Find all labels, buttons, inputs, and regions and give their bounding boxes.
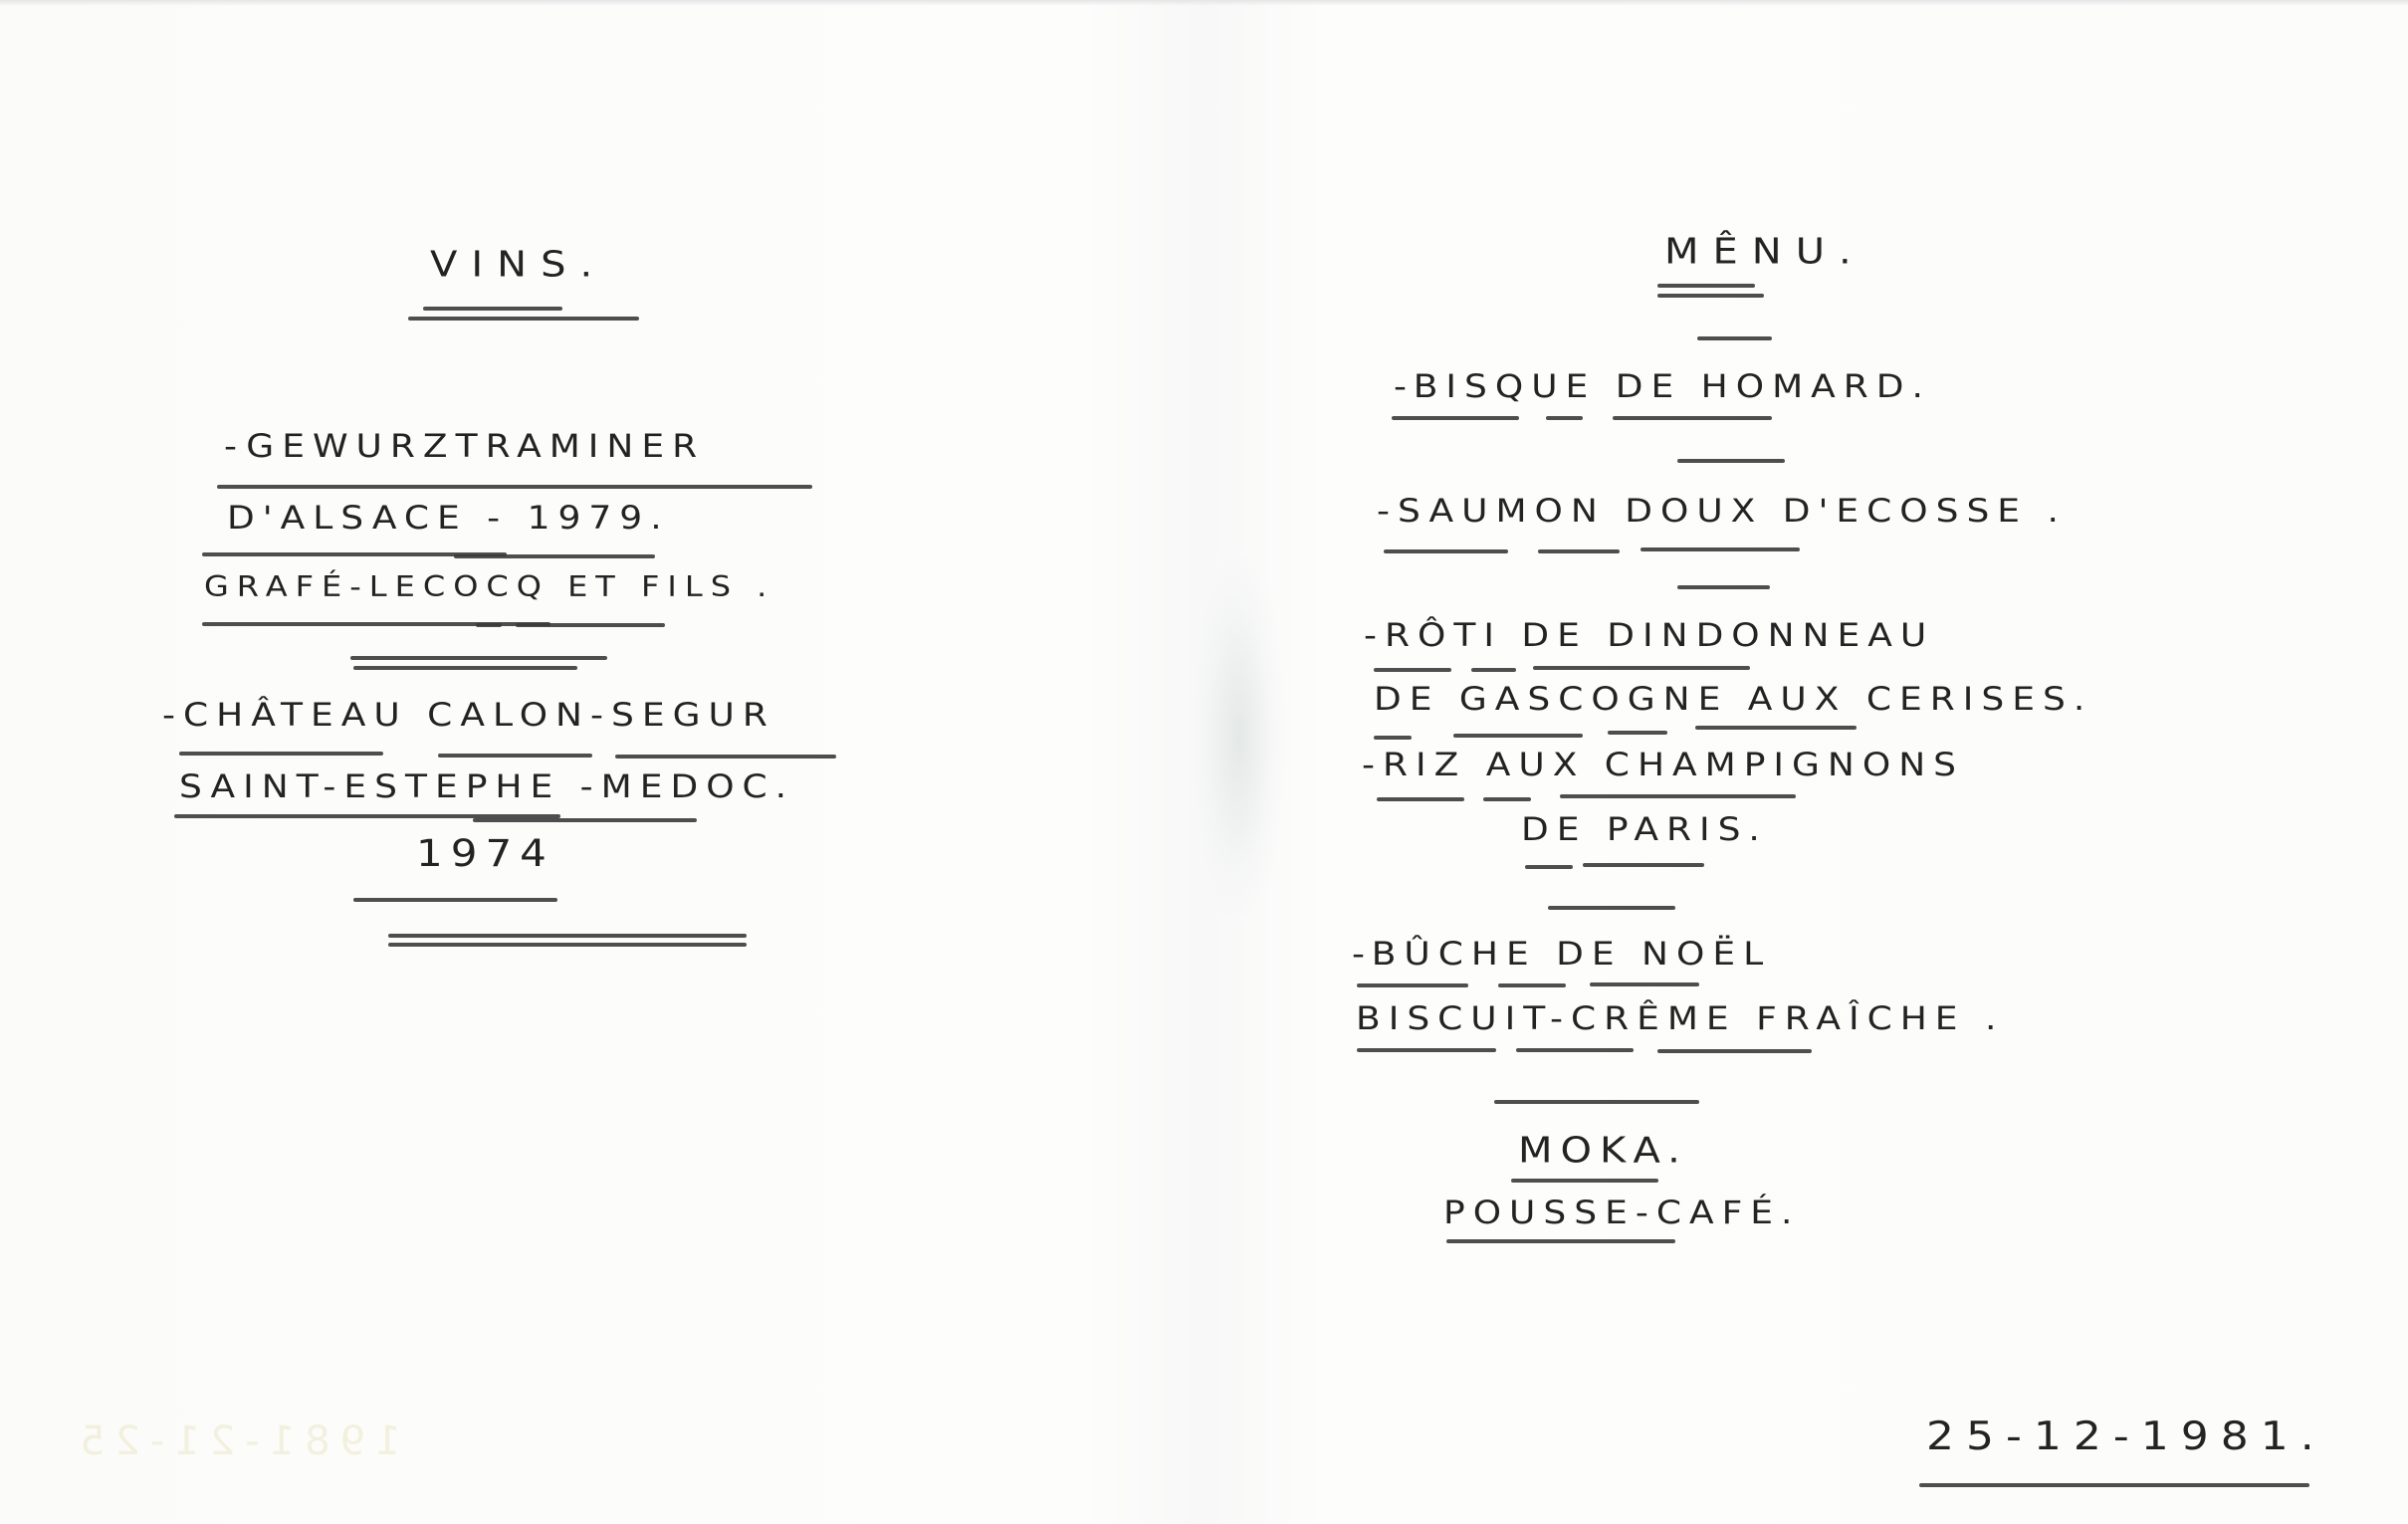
separator	[1677, 459, 1785, 463]
underline	[1516, 1048, 1634, 1052]
underline	[1357, 1048, 1496, 1052]
bleed-through-date: 1981-21-25	[70, 1418, 400, 1464]
underline	[1374, 736, 1412, 740]
underline	[1608, 731, 1667, 735]
underline	[1641, 547, 1800, 551]
underline	[1613, 416, 1772, 420]
wines-title-underline	[408, 317, 639, 321]
fold-smudge	[1195, 557, 1284, 916]
underline	[1511, 1179, 1658, 1183]
course-line: BISCUIT-CRÊME FRAÎCHE .	[1356, 1000, 2004, 1037]
underline	[1392, 416, 1519, 420]
wine-line: D'ALSACE - 1979.	[227, 500, 670, 537]
underline	[1525, 865, 1573, 869]
underline	[1657, 1049, 1812, 1053]
underline	[476, 623, 502, 627]
separator	[1548, 906, 1675, 910]
underline	[1498, 983, 1566, 987]
underline	[454, 554, 655, 558]
separator	[350, 656, 607, 660]
course-line: -BÛCHE DE NOËL	[1352, 936, 1771, 973]
underline	[1533, 666, 1750, 670]
underline	[473, 818, 697, 822]
separator	[1677, 585, 1770, 589]
menu-title: MÊNU.	[1664, 231, 1865, 272]
underline	[1446, 1239, 1675, 1243]
course-line: -RÔTI DE DINDONNEAU	[1364, 617, 1934, 654]
end-separator	[388, 934, 747, 938]
wines-title: VINS.	[430, 244, 606, 285]
underline	[1357, 983, 1468, 987]
wine-line: -GEWURZTRAMINER	[224, 428, 705, 465]
menu-title-underline	[1657, 284, 1755, 288]
underline	[1483, 797, 1531, 801]
top-edge-shadow	[0, 0, 2408, 6]
underline	[1546, 416, 1583, 420]
wine-line: SAINT-ESTEPHE -MEDOC.	[179, 768, 794, 805]
course-line: -BISQUE DE HOMARD.	[1394, 368, 1931, 405]
moka: MOKA.	[1518, 1130, 1688, 1171]
course-line: DE GASCOGNE AUX CERISES.	[1374, 681, 2092, 718]
pousse-cafe: POUSSE-CAFÉ.	[1443, 1195, 1801, 1231]
underline	[1695, 726, 1857, 730]
underline	[1377, 797, 1464, 801]
course-line: -SAUMON DOUX D'ECOSSE .	[1377, 493, 2067, 530]
underline	[1453, 734, 1583, 738]
separator	[353, 666, 577, 670]
end-separator	[388, 943, 747, 947]
wine-line: -CHÂTEAU CALON-SEGUR	[162, 697, 775, 734]
date-underline	[1919, 1483, 2309, 1487]
underline	[615, 755, 836, 759]
underline	[438, 754, 592, 758]
underline	[1471, 668, 1516, 672]
underline	[1374, 668, 1451, 672]
separator	[1494, 1100, 1699, 1104]
course-line: DE PARIS.	[1521, 811, 1768, 848]
underline	[217, 485, 812, 489]
underline	[1538, 549, 1620, 553]
wine-line: GRAFÉ-LECOCQ ET FILS .	[204, 569, 774, 603]
menu-title-underline	[1657, 294, 1764, 298]
underline	[516, 623, 665, 627]
underline	[1590, 982, 1699, 986]
underline	[1583, 863, 1704, 867]
menu-date: 25-12-1981.	[1926, 1414, 2326, 1459]
course-line: -RIZ AUX CHAMPIGNONS	[1362, 747, 1964, 783]
underline	[1384, 549, 1508, 553]
separator	[1697, 336, 1772, 340]
wine-vintage: 1974	[416, 831, 554, 875]
underline	[1560, 794, 1796, 798]
wines-title-underline	[423, 307, 562, 311]
underline	[353, 898, 557, 902]
underline	[179, 752, 383, 756]
